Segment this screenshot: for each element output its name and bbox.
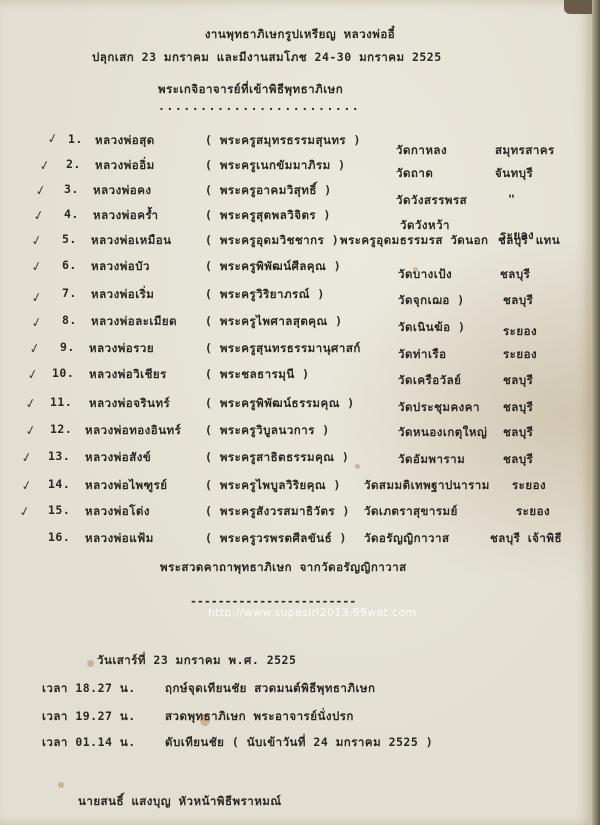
heading-underline: ........................: [158, 99, 360, 113]
list-item: ✓ 6. หลวงพ่อบัว ( พระครูพิพัฒน์ศีลคุณ ) …: [0, 258, 600, 278]
list-item: ✓ 13. หลวงพ่อสังข์ ( พระครูสาธิตธรรมคุณ …: [0, 449, 600, 469]
province: ระยอง: [512, 477, 546, 495]
document-title: งานพุทธาภิเษกรูปเหรียญ หลวงพ่ออี๋: [0, 26, 600, 44]
closing-note: พระสวดคาถาพุทธาภิเษก จากวัดอรัญญิกาวาส: [160, 559, 407, 577]
monk-name: หลวงพ่อรวย: [89, 340, 154, 358]
monk-title: ( พระครูพิพัฒน์ธรรมคุณ ): [205, 395, 355, 413]
monk-name: หลวงพ่อโต่ง: [85, 503, 150, 521]
province: ชลบุรี: [503, 292, 533, 310]
monk-name: หลวงพ่อละเมียด: [91, 313, 177, 331]
item-number: 10.: [52, 366, 74, 380]
province: ระยอง: [516, 503, 550, 521]
schedule-event: ฤกษ์จุดเทียนชัย สวดมนต์พิธีพุทธาภิเษก: [165, 680, 375, 698]
province: จันทบุรี: [495, 165, 533, 183]
monk-name: หลวงพ่อทองอินทร์: [85, 422, 181, 440]
check-mark-icon: ✓: [32, 205, 45, 224]
check-mark-icon: ✓: [26, 364, 39, 383]
monk-name: หลวงพ่อคง: [93, 182, 152, 200]
item-number: 11.: [50, 395, 72, 409]
check-mark-icon: ✓: [30, 230, 43, 249]
document-subtitle: ปลุกเสก 23 มกราคม และมีงานสมโภช 24-30 มก…: [92, 49, 442, 67]
list-item: ✓ 11. หลวงพ่อจรินทร์ ( พระครูพิพัฒน์ธรรม…: [0, 395, 600, 415]
province: ชลบุรี: [503, 399, 533, 417]
item-number: 14.: [48, 477, 70, 491]
check-mark-icon: ✓: [24, 420, 37, 439]
check-mark-icon: ✓: [20, 447, 33, 466]
monk-name: หลวงพ่อบัว: [91, 258, 150, 276]
monk-title: ( พระครูเนกขัมมาภิรม ): [205, 157, 346, 175]
monk-name: หลวงพ่อจรินทร์: [89, 395, 170, 413]
monk-title: ( พระครูสุนทรธรรมานุศาสก์: [205, 340, 361, 358]
province: ชลบุรี: [503, 451, 533, 469]
temple: วัดเครือวัลย์: [398, 372, 461, 390]
item-number: 12.: [50, 422, 72, 436]
item-number: 15.: [48, 503, 70, 517]
list-item: 16. หลวงพ่อแฟ้ม ( พระครูวรพรตศีลขันธ์ ) …: [0, 530, 600, 550]
monk-title: ( พระครูสมุทรธรรมสุนทร ): [205, 132, 361, 150]
monk-title: ( พระครูวิบูลนวการ ): [205, 422, 330, 440]
schedule-event: สวดพุทธาภิเษก พระอาจารย์นั่งปรก: [165, 708, 354, 726]
temple: วัดหนองเกตุใหญ่: [398, 424, 487, 442]
monk-title: ( พระชลธารมุนี ): [205, 366, 310, 384]
item-number: 4.: [64, 207, 79, 221]
province: ชลบุรี: [500, 266, 530, 284]
monk-title: ( พระครูอาคมวิสุทธิ์ ): [205, 182, 332, 200]
check-mark-icon: ✓: [20, 475, 33, 494]
schedule-date: วันเสาร์ที่ 23 มกราคม พ.ศ. 2525: [97, 652, 296, 670]
temple: วัดอรัญญิกาวาส: [364, 530, 449, 548]
monk-title: ( พระครูอุดมวิชชากร ): [205, 232, 339, 250]
check-mark-icon: ✓: [38, 155, 51, 174]
check-mark-icon: ✓: [34, 180, 47, 199]
list-item: ✓ 4. หลวงพ่อคร้ำ ( พระครูสุตพลวิจิตร ) ว…: [0, 207, 600, 227]
item-number: 16.: [48, 530, 70, 544]
monk-name: หลวงพ่อคร้ำ: [93, 207, 159, 225]
monk-name: หลวงพ่อสังข์: [85, 449, 151, 467]
province: ชลบุรี เจ้าพิธี: [490, 530, 562, 548]
check-mark-icon: ✓: [30, 312, 43, 331]
temple: วัดถาด: [396, 165, 433, 183]
list-item: ✓ 2. หลวงพ่ออิ่ม ( พระครูเนกขัมมาภิรม ) …: [0, 157, 600, 177]
monk-title: ( พระครูพิพัฒน์ศีลคุณ ): [205, 258, 341, 276]
item-number: 7.: [62, 286, 77, 300]
province: ระยอง: [503, 323, 537, 341]
item-number: 9.: [60, 340, 75, 354]
province: ชลบุรี: [503, 372, 533, 390]
item-number: 13.: [48, 449, 70, 463]
item-number: 5.: [62, 232, 77, 246]
list-item: ✓ 15. หลวงพ่อโต่ง ( พระครูสังวรสมาธิวัตร…: [0, 503, 600, 523]
schedule-time: เวลา 18.27 น.: [42, 680, 136, 698]
province: ชลบุรี: [503, 424, 533, 442]
stain: [87, 660, 94, 667]
monk-name: หลวงพ่อวิเชียร: [89, 366, 167, 384]
schedule-event: ดับเทียนชัย ( นับเข้าวันที่ 24 มกราคม 25…: [165, 734, 433, 752]
monk-name: หลวงพ่ออิ่ม: [95, 157, 155, 175]
temple: วัดเภตราสุขารมย์: [364, 503, 458, 521]
temple: วัดบางเป้ง: [398, 266, 452, 284]
list-item: ✓ 7. หลวงพ่อเริ่ม ( พระครูวิริยาภรณ์ ) ว…: [0, 286, 600, 306]
monk-name: หลวงพ่อเหมือน: [91, 232, 172, 250]
temple: วัดประชุมคงคา: [398, 399, 480, 417]
check-mark-icon: ✓: [30, 287, 43, 306]
item-number: 6.: [62, 258, 77, 272]
check-mark-icon: ✓: [30, 256, 43, 275]
monk-title: ( พระครูสาธิตธรรมคุณ ): [205, 449, 349, 467]
stain: [58, 782, 64, 788]
item-number: 8.: [62, 313, 77, 327]
list-item: ✓ 9. หลวงพ่อรวย ( พระครูสุนทรธรรมานุศาสก…: [0, 340, 600, 360]
item-number: 2.: [66, 157, 81, 171]
province: ": [508, 192, 515, 206]
schedule-time: เวลา 01.14 น.: [42, 734, 136, 752]
monk-title: ( พระครูวิริยาภรณ์ ): [205, 286, 325, 304]
monk-title: ( พระครูไพศาลสุตคุณ ): [205, 313, 343, 331]
page-corner-shadow: [564, 0, 592, 14]
check-mark-icon: ✓: [28, 338, 41, 357]
temple: วัดท่าเรือ: [398, 346, 446, 364]
monk-name: หลวงพ่อเริ่ม: [91, 286, 154, 304]
temple: วัดสมมติเทพฐาปนาราม: [364, 477, 490, 495]
list-item: ✓ 14. หลวงพ่อไพฑูรย์ ( พระครูไพบูลวิริยค…: [0, 477, 600, 497]
monk-name: หลวงพ่อสุด: [95, 132, 155, 150]
schedule-time: เวลา 19.27 น.: [42, 708, 136, 726]
check-mark-icon: ✓: [46, 128, 59, 147]
check-mark-icon: ✓: [24, 393, 37, 412]
monk-title: ( พระครูสังวรสมาธิวัตร ): [205, 503, 350, 521]
temple: วัดจุกเฌอ ): [398, 292, 465, 310]
list-item: ✓ 8. หลวงพ่อละเมียด ( พระครูไพศาลสุตคุณ …: [0, 313, 600, 333]
watermark-url: http://www.supasiri2013.99wat.com: [208, 606, 416, 619]
monk-title: ( พระครูวรพรตศีลขันธ์ ): [205, 530, 347, 548]
list-heading: พระเกจิอาจารย์ที่เข้าพิธีพุทธาภิเษก: [158, 81, 343, 99]
monk-name: หลวงพ่อแฟ้ม: [85, 530, 154, 548]
temple: วัดอัมพาราม: [398, 451, 465, 469]
monk-title: ( พระครูไพบูลวิริยคุณ ): [205, 477, 341, 495]
temple: วัดเนินฆ้อ ): [398, 319, 465, 337]
check-mark-icon: ✓: [18, 501, 31, 520]
temple: พระครูอุดมธรรมรส วัดนอก: [340, 232, 489, 250]
monk-name: หลวงพ่อไพฑูรย์: [85, 477, 168, 495]
list-item: ✓ 3. หลวงพ่อคง ( พระครูอาคมวิสุทธิ์ ) วั…: [0, 182, 600, 202]
list-item: ✓ 10. หลวงพ่อวิเชียร ( พระชลธารมุนี ) วั…: [0, 366, 600, 386]
item-number: 1.: [68, 132, 83, 146]
signature: นายสนธิ์ แสงบุญ หัวหน้าพิธีพราหมณ์: [78, 793, 282, 811]
list-item: ✓ 5. หลวงพ่อเหมือน ( พระครูอุดมวิชชากร )…: [0, 232, 600, 252]
list-item: ✓ 12. หลวงพ่อทองอินทร์ ( พระครูวิบูลนวกา…: [0, 422, 600, 442]
monk-title: ( พระครูสุตพลวิจิตร ): [205, 207, 331, 225]
list-item: ✓ 1. หลวงพ่อสุด ( พระครูสมุทรธรรมสุนทร )…: [0, 132, 600, 152]
item-number: 3.: [64, 182, 79, 196]
province: ชลบุรี แทน: [498, 232, 560, 250]
province: ระยอง: [503, 346, 537, 364]
